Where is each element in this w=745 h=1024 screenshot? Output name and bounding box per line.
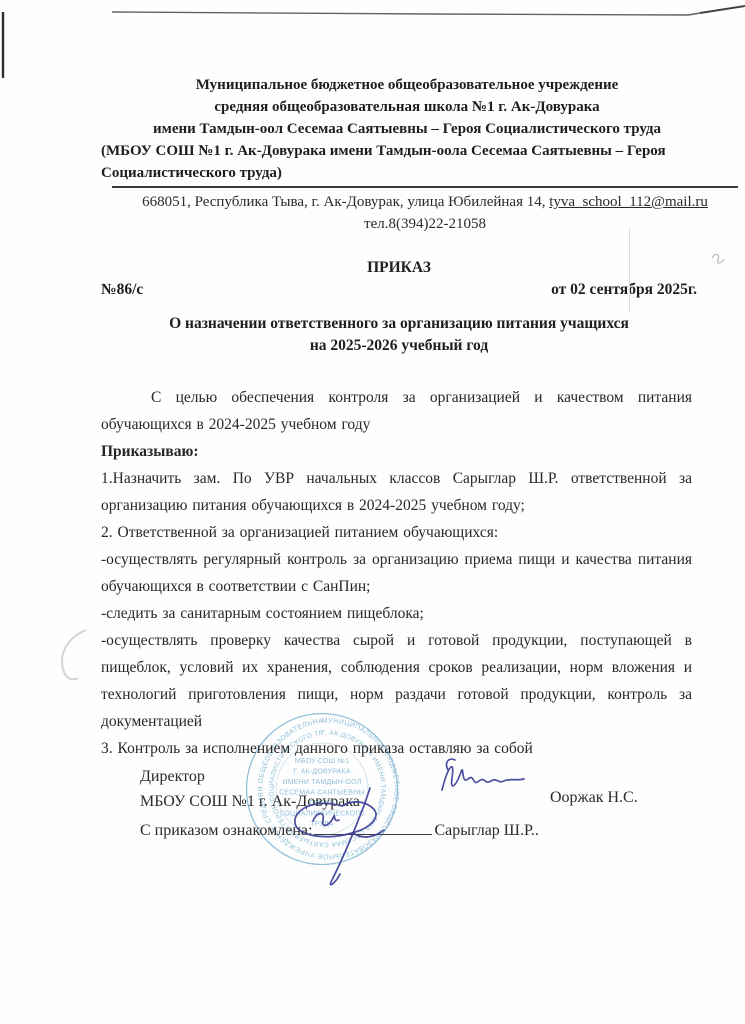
contact-block: 668051, Республика Тыва, г. Ак-Довурак, … [110, 191, 740, 235]
order-item: 2. Ответственной за организацией питание… [101, 519, 692, 546]
order-date: от 02 сентября 2025г. [551, 281, 697, 299]
ack-name: Сарыглар Ш.Р.. [434, 822, 538, 839]
director-name: Ооржак Н.С. [550, 789, 638, 807]
org-name-line: средняя общеобразовательная школа №1 г. … [101, 96, 713, 118]
director-signature [428, 752, 543, 808]
order-title-line2: на 2025-2026 учебный год [101, 335, 697, 357]
organization-header: Муниципальное бюджетное общеобразователь… [101, 74, 713, 184]
email-link: tyva_school_112@mail.ru [549, 194, 708, 210]
order-number: №86/с [101, 281, 143, 299]
org-name-line: имени Тамдын-оол Сесемаа Саятыевны – Гер… [101, 118, 713, 140]
phone-line: тел.8(394)22-21058 [110, 213, 740, 235]
order-body: С целью обеспечения контроля за организа… [101, 384, 692, 762]
order-word: Приказываю: [101, 438, 692, 465]
address-text: 668051, Республика Тыва, г. Ак-Довурак, … [142, 194, 549, 210]
order-item: -осуществлять проверку качества сырой и … [101, 627, 692, 735]
order-item: 1.Назначить зам. По УВР начальных классо… [101, 465, 692, 519]
order-item: -следить за санитарным состоянием пищебл… [101, 600, 692, 627]
order-item: -осуществлять регулярный контроль за орг… [101, 546, 692, 600]
scanned-order-document: Муниципальное бюджетное общеобразователь… [0, 0, 745, 1024]
address-line: 668051, Республика Тыва, г. Ак-Довурак, … [110, 191, 740, 213]
intro-paragraph: С целью обеспечения контроля за организа… [101, 384, 692, 438]
org-name-line: Муниципальное бюджетное общеобразователь… [101, 74, 713, 96]
order-heading: ПРИКАЗ [101, 259, 697, 277]
acknowledgement-signature [280, 780, 415, 895]
order-title: О назначении ответственного за организац… [101, 313, 697, 357]
order-item: 3. Контроль за исполнением данного прика… [101, 735, 692, 762]
order-title-line1: О назначении ответственного за организац… [101, 313, 697, 335]
order-number-date-row: №86/с от 02 сентября 2025г. [101, 281, 697, 299]
org-short-name: (МБОУ СОШ №1 г. Ак-Довурака имени Тамдын… [101, 140, 713, 184]
header-divider [112, 186, 738, 188]
